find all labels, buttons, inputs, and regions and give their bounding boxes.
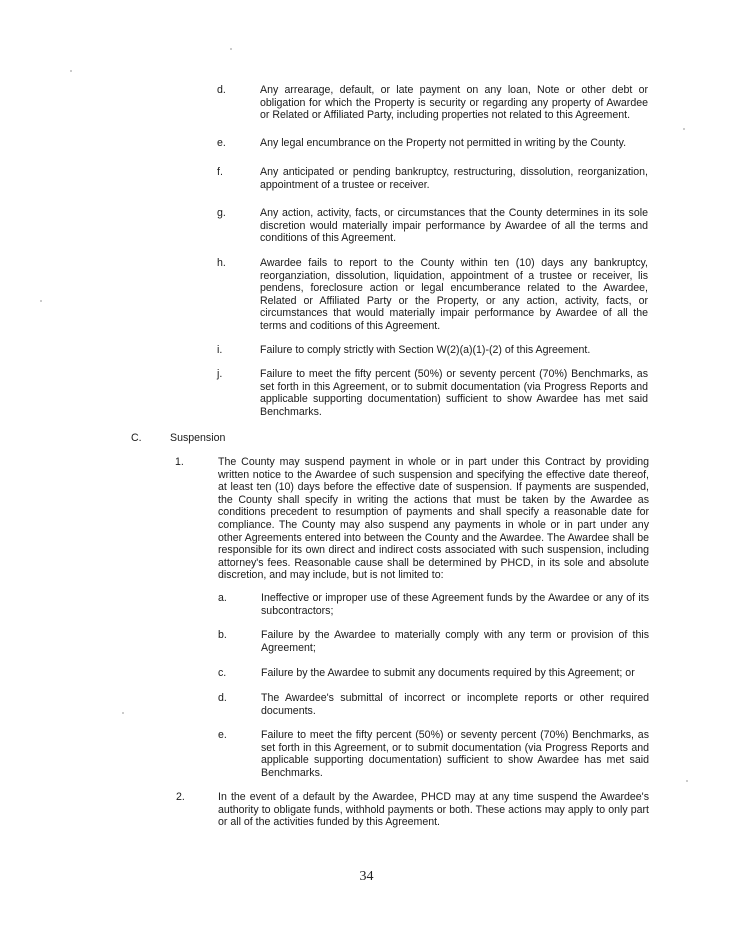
sub-item-label: d. bbox=[218, 692, 227, 705]
sub-item-text: Failure by the Awardee to materially com… bbox=[261, 629, 649, 654]
list-label: d. bbox=[217, 84, 226, 97]
paragraph-label: 1. bbox=[175, 456, 184, 469]
sub-item-text: Ineffective or improper use of these Agr… bbox=[261, 592, 649, 617]
list-label: f. bbox=[217, 166, 223, 179]
scan-speck bbox=[122, 712, 124, 714]
page-number: 34 bbox=[0, 871, 733, 884]
scan-speck bbox=[230, 48, 232, 50]
scan-speck bbox=[40, 300, 42, 302]
list-text: Failure to meet the fifty percent (50%) … bbox=[260, 368, 648, 418]
list-text: Any anticipated or pending bankruptcy, r… bbox=[260, 166, 648, 191]
sub-item-text: Failure by the Awardee to submit any doc… bbox=[261, 667, 649, 680]
list-text: Any legal encumbrance on the Property no… bbox=[260, 137, 648, 150]
scan-speck bbox=[683, 128, 685, 130]
paragraph-label: 2. bbox=[176, 791, 185, 804]
list-text: Awardee fails to report to the County wi… bbox=[260, 257, 648, 333]
section-title: Suspension bbox=[170, 432, 225, 445]
list-label: h. bbox=[217, 257, 226, 270]
paragraph-text: In the event of a default by the Awardee… bbox=[218, 791, 649, 829]
sub-item-label: e. bbox=[218, 729, 227, 742]
sub-item-label: c. bbox=[218, 667, 226, 680]
list-text: Failure to comply strictly with Section … bbox=[260, 344, 648, 357]
list-label: i. bbox=[217, 344, 222, 357]
sub-item-label: a. bbox=[218, 592, 227, 605]
sub-item-text: The Awardee's submittal of incorrect or … bbox=[261, 692, 649, 717]
list-text: Any action, activity, facts, or circumst… bbox=[260, 207, 648, 245]
section-label: C. bbox=[131, 432, 142, 445]
paragraph-text: The County may suspend payment in whole … bbox=[218, 456, 649, 582]
sub-item-label: b. bbox=[218, 629, 227, 642]
list-label: g. bbox=[217, 207, 226, 220]
list-text: Any arrearage, default, or late payment … bbox=[260, 84, 648, 122]
scan-speck bbox=[686, 780, 688, 782]
list-label: e. bbox=[217, 137, 226, 150]
scan-speck bbox=[70, 70, 72, 72]
document-page: d. Any arrearage, default, or late payme… bbox=[0, 0, 733, 949]
list-label: j. bbox=[217, 368, 222, 381]
sub-item-text: Failure to meet the fifty percent (50%) … bbox=[261, 729, 649, 779]
